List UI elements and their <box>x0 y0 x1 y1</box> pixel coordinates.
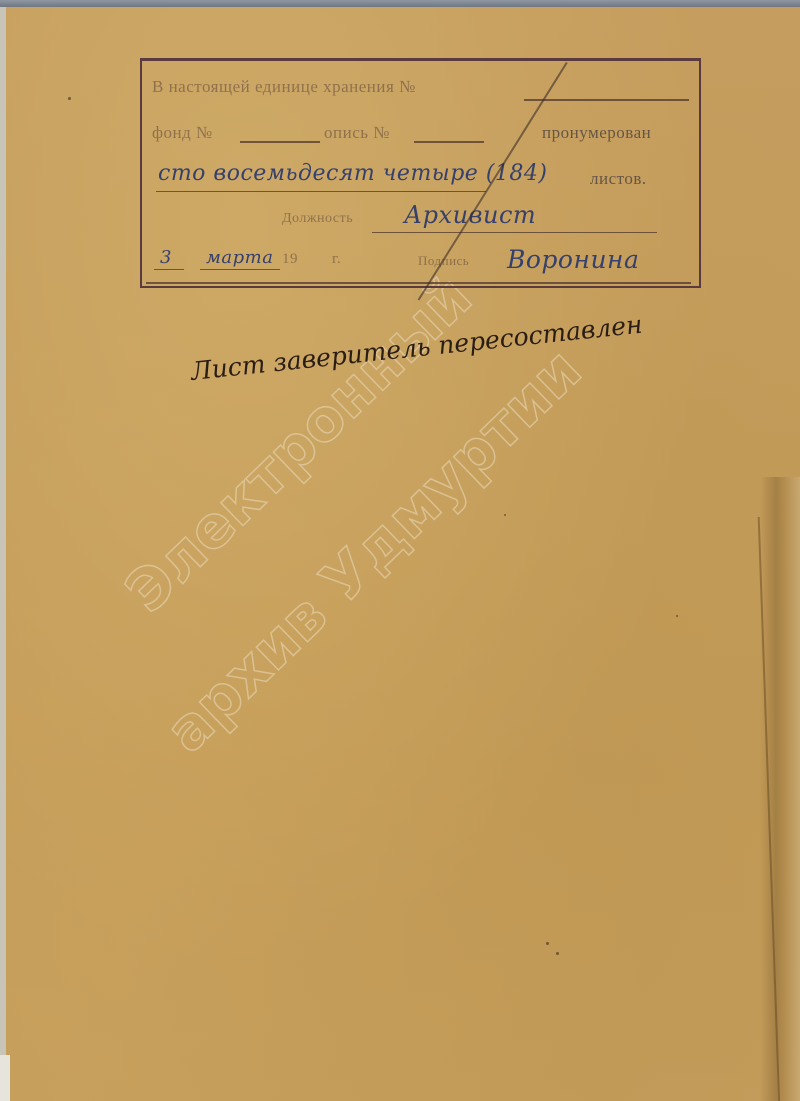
unit-number-blank <box>524 99 689 101</box>
date-month-handwritten: марта <box>206 247 273 268</box>
date-month-underline <box>200 269 280 270</box>
archive-certification-stamp: В настоящей единице хранения № фонд № оп… <box>140 58 701 288</box>
date-day-handwritten: 3 <box>160 247 172 268</box>
stamp-position-label: Должность <box>282 211 353 227</box>
sheet-count-underline <box>156 191 486 192</box>
watermark-line-1: Электронный <box>112 263 484 626</box>
stamp-sheets-label: листов. <box>590 169 647 189</box>
page-fold-shadow <box>760 477 800 1101</box>
sheet-count-handwritten: сто восемьдесят четыре (184) <box>158 161 547 186</box>
paper-speck <box>504 514 506 516</box>
fond-number-blank <box>240 141 320 143</box>
paper-speck <box>676 615 678 617</box>
year-prefix: 19 <box>282 251 298 268</box>
year-suffix: г. <box>332 251 341 268</box>
stamp-fond-label: фонд № <box>152 123 213 143</box>
date-day-underline <box>154 269 184 270</box>
scanner-bottom-left-edge <box>0 1055 10 1101</box>
paper-speck <box>546 942 549 945</box>
paper-speck <box>556 952 559 955</box>
paper-speck <box>68 97 71 100</box>
document-page: Электронный архив Удмуртии В настоящей е… <box>6 7 800 1101</box>
opis-number-blank <box>414 141 484 143</box>
signature-handwritten: Воронина <box>507 245 639 274</box>
position-underline <box>372 232 657 233</box>
stamp-unit-label: В настоящей единице хранения № <box>152 77 416 97</box>
stamp-opis-label: опись № <box>324 123 390 143</box>
stamp-bottom-rule <box>146 282 691 284</box>
stamp-numbered-label: пронумерован <box>542 123 651 143</box>
scanner-top-edge <box>0 0 800 7</box>
